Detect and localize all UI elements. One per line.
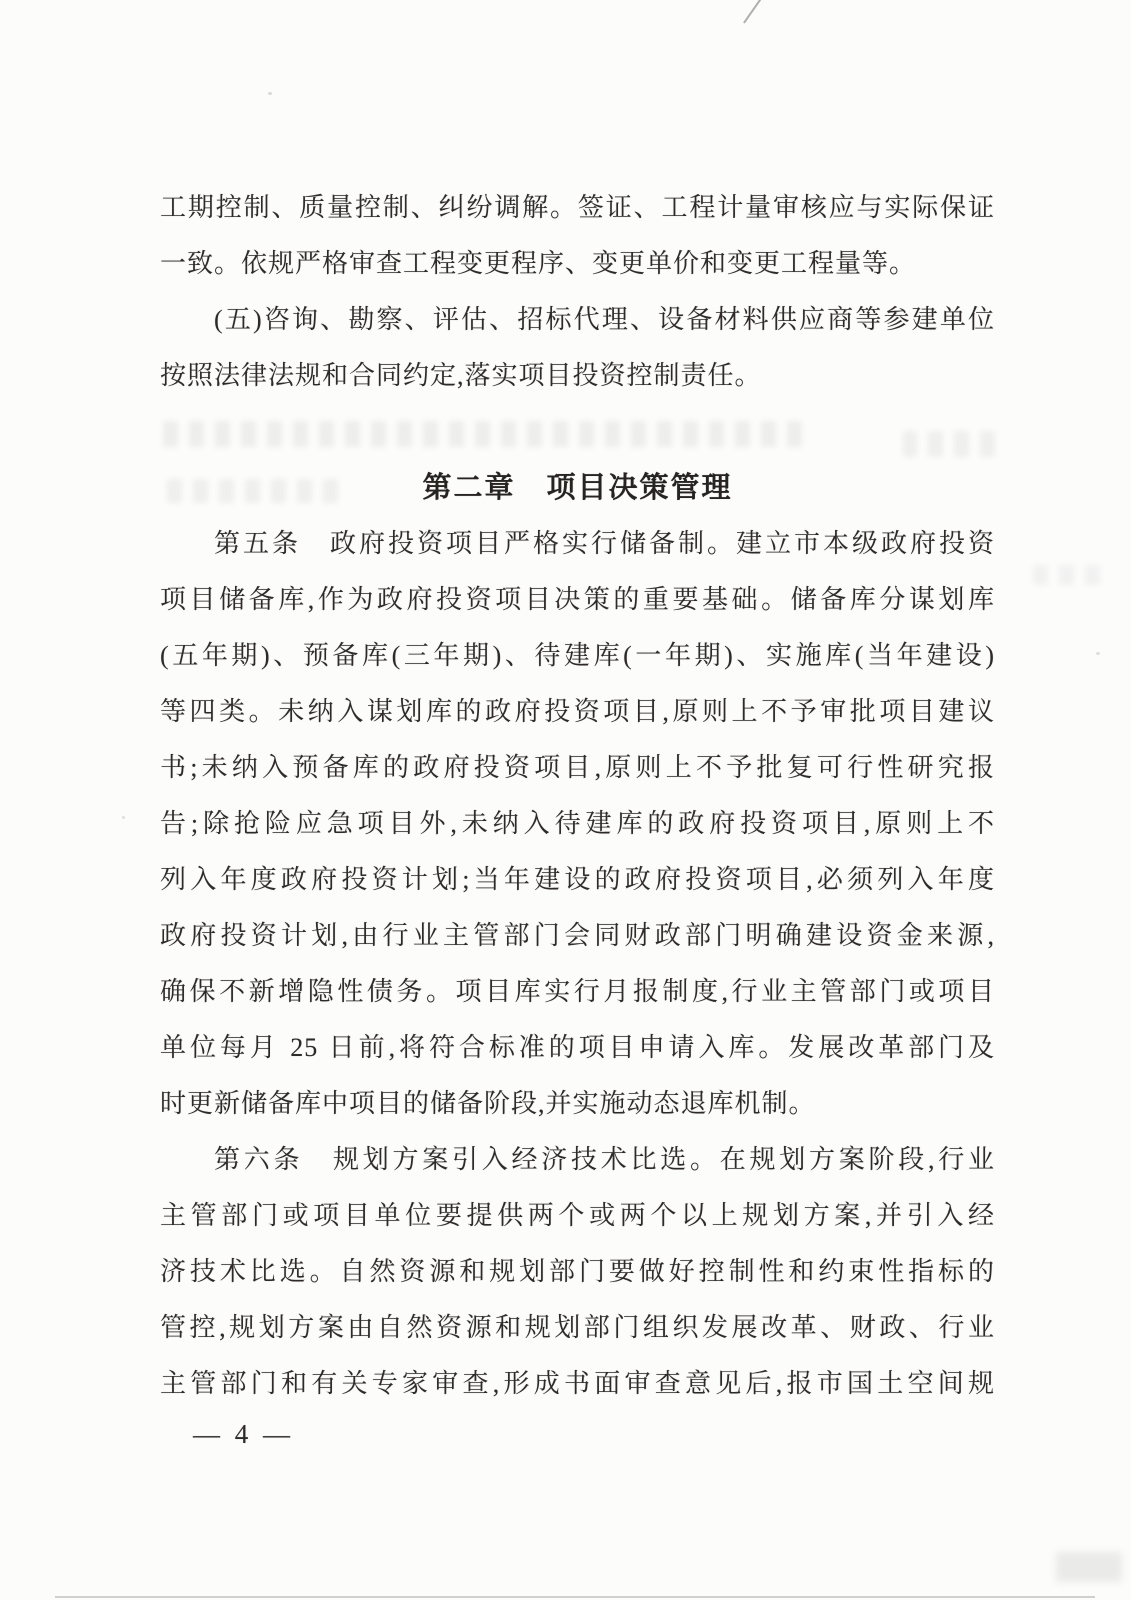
text-line: 时更新储备库中项目的储备阶段,并实施动态退库机制。 <box>160 1076 995 1132</box>
text-line: 管控,规划方案由自然资源和规划部门组织发展改革、财政、行业 <box>160 1300 995 1356</box>
text-line: 第六条 规划方案引入经济技术比选。在规划方案阶段,行业 <box>160 1132 995 1188</box>
para-article-6-plan-comparison: 第六条 规划方案引入经济技术比选。在规划方案阶段,行业主管部门或项目单位要提供两… <box>160 1132 995 1412</box>
para-item-five-participants: (五)咨询、勘察、评估、招标代理、设备材料供应商等参建单位按照法律法规和合同约定… <box>160 292 995 404</box>
text-line: (五年期)、预备库(三年期)、待建库(一年期)、实施库(当年建设) <box>160 628 995 684</box>
text-line: 政府投资计划,由行业主管部门会同财政部门明确建设资金来源, <box>160 908 995 964</box>
text-line: 告;除抢险应急项目外,未纳入待建库的政府投资项目,原则上不 <box>160 796 995 852</box>
bleedthrough-mark <box>1028 565 1100 585</box>
text-line: 列入年度政府投资计划;当年建设的政府投资项目,必须列入年度 <box>160 852 995 908</box>
scan-speck <box>122 816 125 819</box>
scan-smudge <box>1056 1552 1122 1582</box>
text-line: 主管部门或项目单位要提供两个或两个以上规划方案,并引入经 <box>160 1188 995 1244</box>
document-body: 工期控制、质量控制、纠纷调解。签证、工程计量审核应与实际保证一致。依规严格审查工… <box>160 180 995 1412</box>
text-line: 等四类。未纳入谋划库的政府投资项目,原则上不予审批项目建议 <box>160 684 995 740</box>
scan-speck <box>268 92 272 95</box>
scan-speck <box>1096 652 1100 655</box>
page-number: — 4 — <box>193 1414 294 1454</box>
text-line: 确保不新增隐性债务。项目库实行月报制度,行业主管部门或项目 <box>160 964 995 1020</box>
text-line: (五)咨询、勘察、评估、招标代理、设备材料供应商等参建单位 <box>160 292 995 348</box>
text-line: 济技术比选。自然资源和规划部门要做好控制性和约束性指标的 <box>160 1244 995 1300</box>
pen-scratch-mark <box>743 0 763 24</box>
text-line: 书;未纳入预备库的政府投资项目,原则上不予批复可行性研究报 <box>160 740 995 796</box>
text-line: 项目储备库,作为政府投资项目决策的重要基础。储备库分谋划库 <box>160 572 995 628</box>
text-line: 第五条 政府投资项目严格实行储备制。建立市本级政府投资 <box>160 516 995 572</box>
scanner-edge-line <box>55 1596 1095 1598</box>
chapter-2-heading: 第二章 项目决策管理 <box>160 460 995 516</box>
text-line: 主管部门和有关专家审查,形成书面审查意见后,报市国土空间规 <box>160 1356 995 1412</box>
text-line: 一致。依规严格审查工程变更程序、变更单价和变更工程量等。 <box>160 236 995 292</box>
text-line: 工期控制、质量控制、纠纷调解。签证、工程计量审核应与实际保证 <box>160 180 995 236</box>
text-line: 单位每月 25 日前,将符合标准的项目申请入库。发展改革部门及 <box>160 1020 995 1076</box>
scanned-document-page: 工期控制、质量控制、纠纷调解。签证、工程计量审核应与实际保证一致。依规严格审查工… <box>0 0 1131 1600</box>
para-article-5-reserve-system: 第五条 政府投资项目严格实行储备制。建立市本级政府投资项目储备库,作为政府投资项… <box>160 516 995 1132</box>
text-line: 按照法律法规和合同约定,落实项目投资控制责任。 <box>160 348 995 404</box>
para-supervision-control: 工期控制、质量控制、纠纷调解。签证、工程计量审核应与实际保证一致。依规严格审查工… <box>160 180 995 292</box>
